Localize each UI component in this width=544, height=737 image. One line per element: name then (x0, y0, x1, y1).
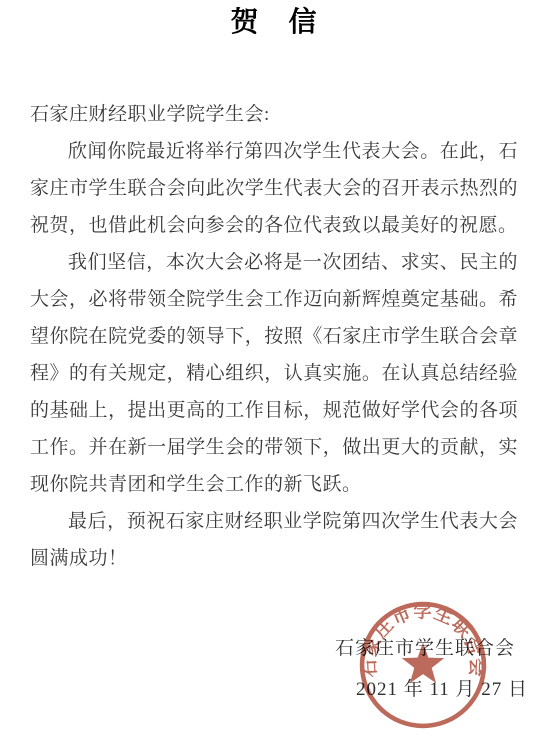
congratulatory-letter-page: 贺 信 石家庄财经职业学院学生会: 欣闻你院最近将举行第四次学生代表大会。在此，… (0, 0, 544, 737)
official-seal-stamp: 石家庄市学生联合会 (357, 599, 489, 731)
paragraph-1: 欣闻你院最近将举行第四次学生代表大会。在此，石家庄市学生联合会向此次学生代表大会… (30, 133, 518, 244)
paragraph-2: 我们坚信，本次大会必将是一次团结、求实、民主的大会，必将带领全院学生会工作迈向新… (30, 244, 518, 503)
salutation: 石家庄财经职业学院学生会: (30, 96, 518, 133)
paragraph-3: 最后，预祝石家庄财经职业学院第四次学生代表大会圆满成功！ (30, 503, 518, 577)
star-icon (402, 643, 444, 683)
letter-title: 贺 信 (30, 6, 518, 38)
